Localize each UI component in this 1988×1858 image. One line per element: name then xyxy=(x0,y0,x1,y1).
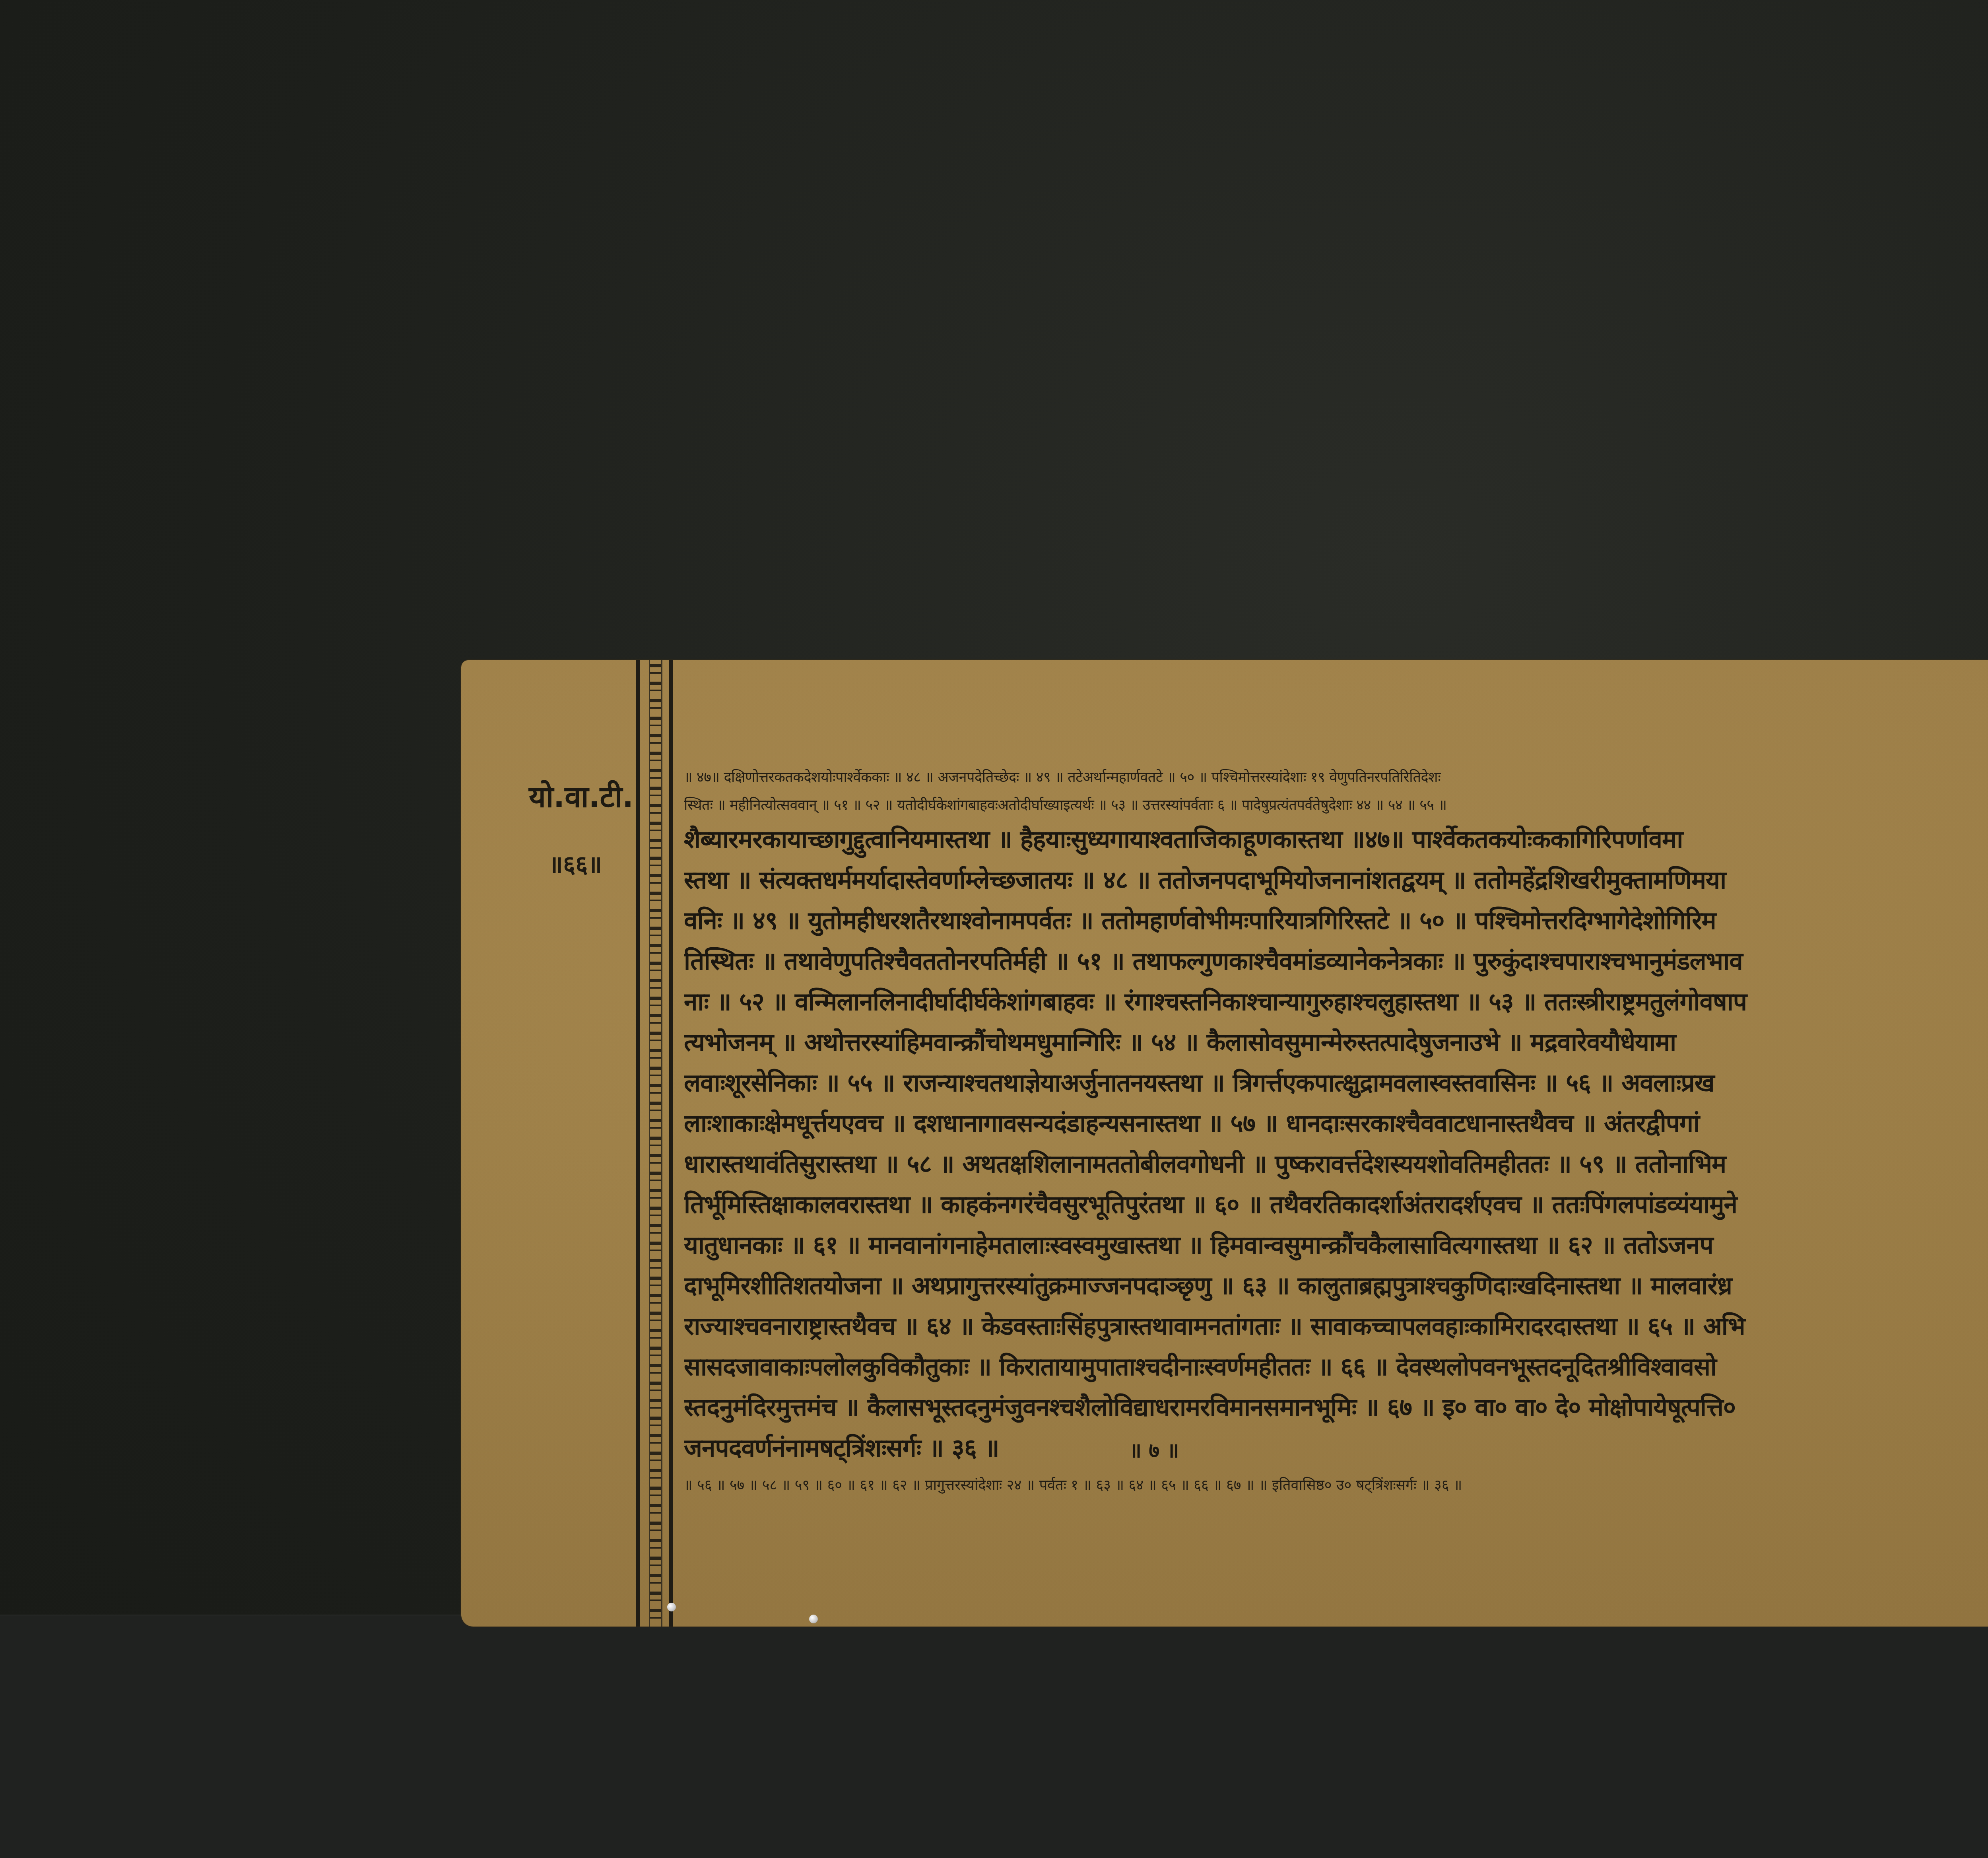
verse-line: लवाःशूरसेनिकाः ॥ ५५ ॥ राजन्याश्चतथाज्ञेय… xyxy=(684,1063,1988,1103)
mounting-pin-icon xyxy=(667,1603,676,1611)
verse-line: तिस्थितः ॥ तथावेणुपतिश्चैवततोनरपतिर्मही … xyxy=(684,941,1988,981)
verse-line: त्यभोजनम् ॥ अथोत्तरस्यांहिमवान्क्रौंचोथम… xyxy=(684,1022,1988,1063)
verse-line: शैब्यारमरकायाच्छागुद्दुत्वानियमास्तथा ॥ … xyxy=(684,819,1988,860)
verse-line: वनिः ॥ ४९ ॥ युतोमहीधरशतैरथाश्वोनामपर्वतः… xyxy=(684,900,1988,941)
verse-line: स्तथा ॥ संत्यक्तधर्ममर्यादास्तेवर्णाम्ले… xyxy=(684,860,1988,900)
verse-line: सासदजावाकाःपलोलकुविकौतुकाः ॥ किरातायामुप… xyxy=(684,1347,1988,1387)
commentary-line: ॥ ४७॥ दक्षिणोत्तरकतकदेशयोःपार्श्वेककाः ॥… xyxy=(684,764,1988,791)
verse-line: राज्याश्चवनाराष्ट्रास्तथैवच ॥ ६४ ॥ केडवस… xyxy=(684,1306,1988,1347)
verse-line: दाभूमिरशीतिशतयोजना ॥ अथप्रागुत्तरस्यांतु… xyxy=(684,1265,1988,1306)
section-mark: ॥ ७ ॥ xyxy=(1129,1436,1179,1464)
verse-line: लाःशाकाःक्षेमधूर्त्तयएवच ॥ दशधानागावसन्य… xyxy=(684,1103,1988,1144)
left-ornamental-border xyxy=(636,660,673,1627)
mounting-shelf xyxy=(0,1615,1988,1858)
mounting-pin-icon xyxy=(809,1615,818,1623)
verse-line: स्तदनुमंदिरमुत्तमंच ॥ कैलासभूस्तदनुमंजुव… xyxy=(684,1387,1988,1428)
left-margin-page-number: ॥६६॥ xyxy=(549,847,602,880)
verse-line: यातुधानकाः ॥ ६१ ॥ मानवानांगनाहेमतालाःस्व… xyxy=(684,1225,1988,1265)
left-margin-title: यो.वा.टी. xyxy=(529,775,633,816)
floral-vine-ornament-icon xyxy=(649,660,662,1627)
verse-line: नाः ॥ ५२ ॥ वन्मिलानलिनादीर्घादीर्घकेशांग… xyxy=(684,981,1988,1022)
commentary-line: स्थितः ॥ महीनित्योत्सववान् ॥ ५१ ॥ ५२ ॥ य… xyxy=(684,791,1988,819)
verse-line: धारास्तथावंतिसुरास्तथा ॥ ५८ ॥ अथतक्षशिला… xyxy=(684,1144,1988,1184)
text-block: ॥ ४७॥ दक्षिणोत्तरकतकदेशयोःपार्श्वेककाः ॥… xyxy=(684,764,1988,1468)
verse-line: तिर्भूमिस्तिक्षाकालवरास्तथा ॥ काहकंनगरंच… xyxy=(684,1184,1988,1225)
commentary-bottom-line: ॥ ५६ ॥ ५७ ॥ ५८ ॥ ५९ ॥ ६० ॥ ६१ ॥ ६२ ॥ प्र… xyxy=(684,1471,1988,1499)
manuscript-page: यो.वा.टी. ॥६६॥ उत्प.प्र. ३ ॥६६॥ ॥ ४७॥ दक… xyxy=(461,660,1988,1627)
chapter-colophon-line: जनपदवर्णनंनामषट्त्रिंशःसर्गः ॥ ३६ ॥ xyxy=(684,1428,1988,1468)
